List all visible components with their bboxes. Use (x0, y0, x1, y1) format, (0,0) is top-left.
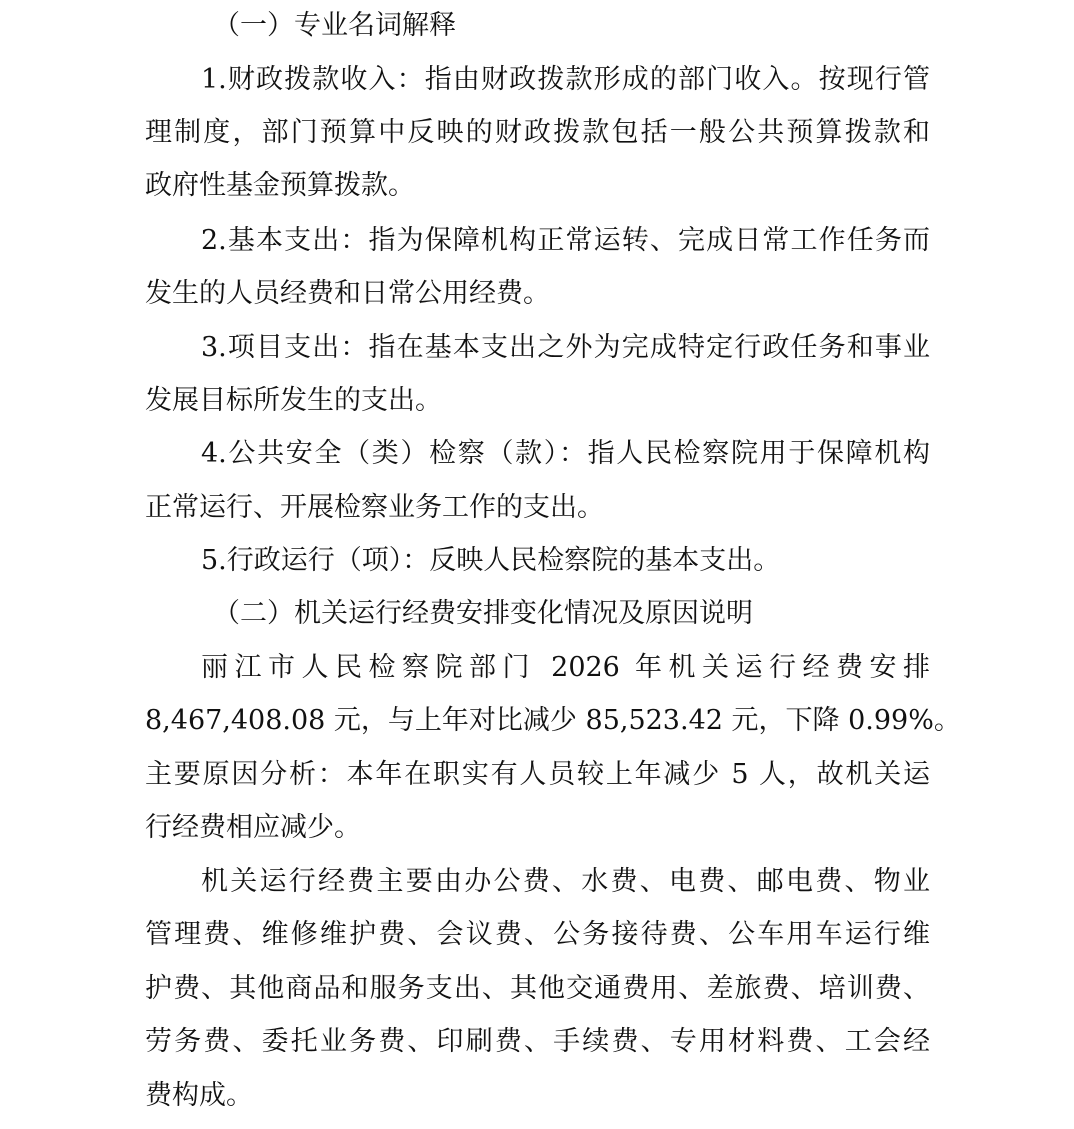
expense-para-1-line-2: 8,467,408.08 元，与上年对比减少 85,523.42 元，下降 0.… (145, 701, 930, 741)
term-4-line-1: 4.公共安全（类）检察（款）：指人民检察院用于保障机构 (145, 434, 930, 474)
expense-para-1-line-3: 主要原因分析：本年在职实有人员较上年减少 5 人，故机关运 (145, 755, 930, 795)
term-1-line-3: 政府性基金预算拨款。 (145, 166, 930, 206)
expense-para-2-line-4: 劳务费、委托业务费、印刷费、手续费、专用材料费、工会经 (145, 1022, 930, 1062)
expense-para-2-line-3: 护费、其他商品和服务支出、其他交通费用、差旅费、培训费、 (145, 969, 930, 1009)
term-3-line-1: 3.项目支出：指在基本支出之外为完成特定行政任务和事业 (145, 328, 930, 368)
expense-para-2-line-5: 费构成。 (145, 1076, 930, 1116)
term-1-line-2: 理制度，部门预算中反映的财政拨款包括一般公共预算拨款和 (145, 113, 930, 153)
term-2-line-1: 2.基本支出：指为保障机构正常运转、完成日常工作任务而 (145, 221, 930, 261)
expense-para-1-line-4: 行经费相应减少。 (145, 808, 930, 848)
expense-para-2-line-1: 机关运行经费主要由办公费、水费、电费、邮电费、物业 (145, 862, 930, 902)
term-1-line-1: 1.财政拨款收入：指由财政拨款形成的部门收入。按现行管 (145, 60, 930, 100)
term-4-line-2: 正常运行、开展检察业务工作的支出。 (145, 488, 930, 528)
term-3-line-2: 发展目标所发生的支出。 (145, 381, 930, 421)
expense-para-1-line-1: 丽江市人民检察院部门 2026 年机关运行经费安排 (145, 648, 930, 688)
section-heading-expenses: （二）机关运行经费安排变化情况及原因说明 (145, 594, 930, 634)
term-2-line-2: 发生的人员经费和日常公用经费。 (145, 274, 930, 314)
term-5-line-1: 5.行政运行（项）：反映人民检察院的基本支出。 (145, 541, 930, 581)
section-heading-terms: （一）专业名词解释 (145, 6, 930, 46)
expense-para-2-line-2: 管理费、维修维护费、会议费、公务接待费、公车用车运行维 (145, 915, 930, 955)
